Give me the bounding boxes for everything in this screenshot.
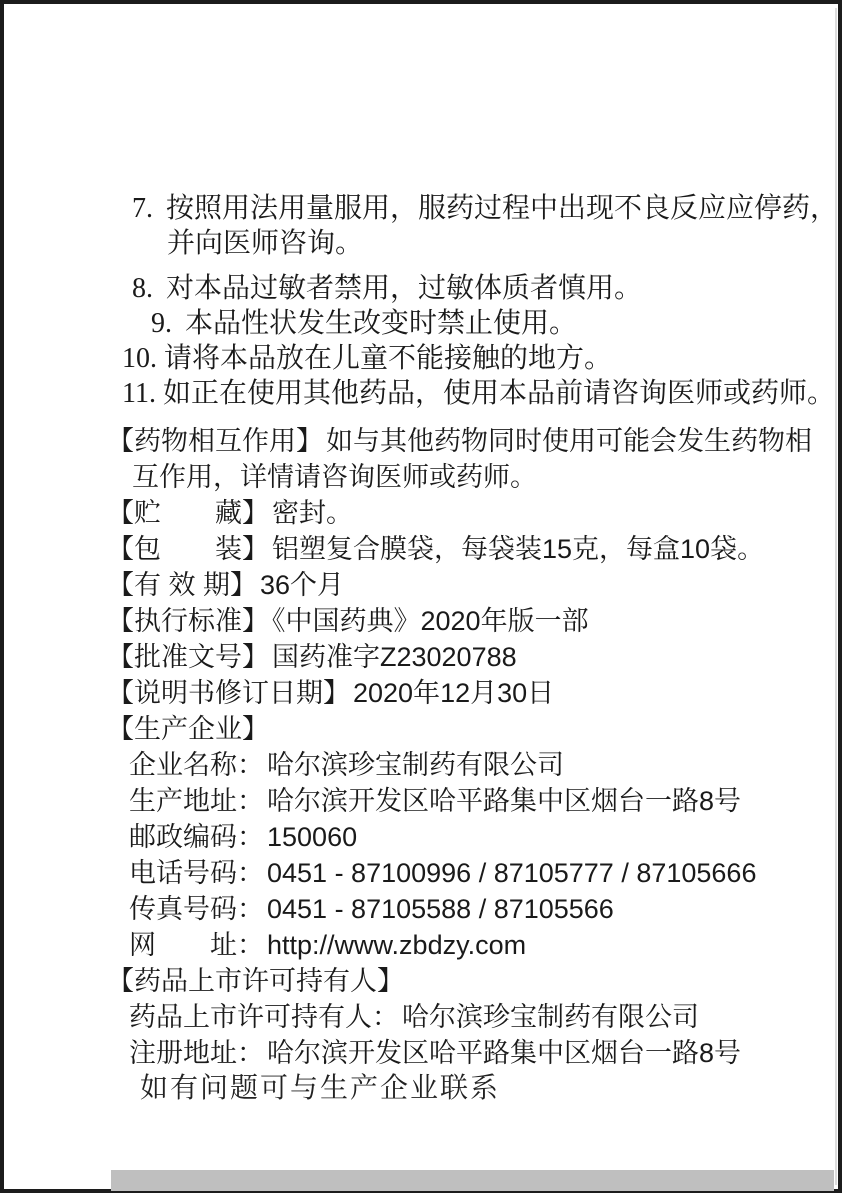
section-label: 【贮 藏】 — [107, 498, 269, 528]
section-standard: 【执行标准】《中国药典》2020年版一部 — [4, 603, 838, 639]
item-number: 11. — [122, 376, 156, 411]
section-value: 36个月 — [260, 570, 344, 600]
section-label: 【批准文号】 — [107, 642, 269, 672]
field-label: 网 址： — [129, 930, 264, 960]
field-label: 生产地址： — [129, 786, 264, 816]
section-revision-date: 【说明书修订日期】2020年12月30日 — [4, 675, 838, 711]
section-value: 国药准字Z23020788 — [272, 642, 517, 672]
field-website: 网 址：http://www.zbdzy.com — [4, 927, 838, 963]
section-drug-interaction: 【药物相互作用】如与其他药物同时使用可能会发生药物相 — [4, 423, 838, 459]
item-text: 请将本品放在儿童不能接触的地方。 — [164, 343, 612, 374]
field-value: 哈尔滨开发区哈平路集中区烟台一路8号 — [267, 1038, 741, 1068]
item-text: 如正在使用其他药品，使用本品前请咨询医师或药师。 — [163, 378, 835, 409]
footer-contact-note: 如有问题可与生产企业联系 — [4, 1071, 838, 1107]
field-phone: 电话号码：0451 - 87100996 / 87105777 / 871056… — [4, 855, 838, 891]
section-packaging: 【包 装】铝塑复合膜袋，每袋装15克，每盒10袋。 — [4, 531, 838, 567]
field-label: 邮政编码： — [129, 822, 264, 852]
precaution-item-7-cont: 并向医师咨询。 — [4, 226, 838, 261]
section-drug-interaction-cont: 互作用，详情请咨询医师或药师。 — [4, 459, 838, 495]
section-manufacturer: 【生产企业】 — [4, 711, 838, 747]
item-text: 按照用法用量服用，服药过程中出现不良反应应停药， — [166, 193, 838, 224]
item-text: 并向医师咨询。 — [167, 228, 363, 259]
section-text: 互作用，详情请咨询医师或药师。 — [132, 462, 537, 492]
field-value: 哈尔滨开发区哈平路集中区烟台一路8号 — [267, 786, 741, 816]
right-edge-scan-line — [835, 8, 837, 1185]
field-fax: 传真号码：0451 - 87105588 / 87105566 — [4, 891, 838, 927]
field-label: 药品上市许可持有人： — [129, 1002, 399, 1032]
section-label: 【有 效 期】 — [107, 570, 257, 600]
precaution-item-9: 9.本品性状发生改变时禁止使用。 — [4, 306, 838, 341]
section-license-holder: 【药品上市许可持有人】 — [4, 963, 838, 999]
section-label: 【执行标准】 — [107, 606, 269, 636]
section-label: 【生产企业】 — [107, 714, 269, 744]
item-number: 8. — [132, 271, 153, 306]
footer-contact-note-text: 如有问题可与生产企业联系 — [140, 1073, 500, 1104]
field-value: 哈尔滨珍宝制药有限公司 — [267, 750, 564, 780]
item-number: 9. — [151, 306, 172, 341]
bottom-gray-bar — [111, 1170, 834, 1191]
field-value: 0451 - 87105588 / 87105566 — [267, 894, 614, 924]
field-value: http://www.zbdzy.com — [267, 930, 526, 960]
field-label: 注册地址： — [129, 1038, 264, 1068]
field-registered-address: 注册地址：哈尔滨开发区哈平路集中区烟台一路8号 — [4, 1035, 838, 1071]
precaution-item-11: 11.如正在使用其他药品，使用本品前请咨询医师或药师。 — [4, 376, 838, 411]
section-value: 2020年12月30日 — [353, 678, 554, 708]
section-label: 【包 装】 — [107, 534, 269, 564]
field-label: 企业名称： — [129, 750, 264, 780]
leaflet-page: 7.按照用法用量服用，服药过程中出现不良反应应停药， 并向医师咨询。 8.对本品… — [0, 0, 842, 1193]
section-shelf-life: 【有 效 期】36个月 — [4, 567, 838, 603]
section-value: 《中国药典》2020年版一部 — [272, 606, 589, 636]
section-label: 【药物相互作用】 — [107, 426, 323, 456]
item-text: 本品性状发生改变时禁止使用。 — [185, 308, 577, 339]
section-text: 如与其他药物同时使用可能会发生药物相 — [326, 426, 812, 456]
section-label: 【药品上市许可持有人】 — [107, 966, 404, 996]
field-value: 0451 - 87100996 / 87105777 / 87105666 — [267, 858, 756, 888]
precaution-item-8: 8.对本品过敏者禁用，过敏体质者慎用。 — [4, 271, 838, 306]
field-company-name: 企业名称：哈尔滨珍宝制药有限公司 — [4, 747, 838, 783]
field-label: 传真号码： — [129, 894, 264, 924]
item-text: 对本品过敏者禁用，过敏体质者慎用。 — [166, 273, 642, 304]
section-value: 密封。 — [272, 498, 353, 528]
section-value: 铝塑复合膜袋，每袋装15克，每盒10袋。 — [272, 534, 764, 564]
precaution-item-7: 7.按照用法用量服用，服药过程中出现不良反应应停药， — [4, 191, 838, 226]
field-label: 电话号码： — [129, 858, 264, 888]
item-number: 7. — [132, 191, 153, 226]
section-storage: 【贮 藏】密封。 — [4, 495, 838, 531]
field-production-address: 生产地址：哈尔滨开发区哈平路集中区烟台一路8号 — [4, 783, 838, 819]
precaution-item-10: 10.请将本品放在儿童不能接触的地方。 — [4, 341, 838, 376]
field-value: 哈尔滨珍宝制药有限公司 — [402, 1002, 699, 1032]
item-number: 10. — [122, 341, 157, 376]
field-license-holder: 药品上市许可持有人：哈尔滨珍宝制药有限公司 — [4, 999, 838, 1035]
section-approval-number: 【批准文号】国药准字Z23020788 — [4, 639, 838, 675]
section-label: 【说明书修订日期】 — [107, 678, 350, 708]
field-postcode: 邮政编码：150060 — [4, 819, 838, 855]
leaflet-content: 7.按照用法用量服用，服药过程中出现不良反应应停药， 并向医师咨询。 8.对本品… — [4, 4, 838, 1107]
field-value: 150060 — [267, 822, 357, 852]
